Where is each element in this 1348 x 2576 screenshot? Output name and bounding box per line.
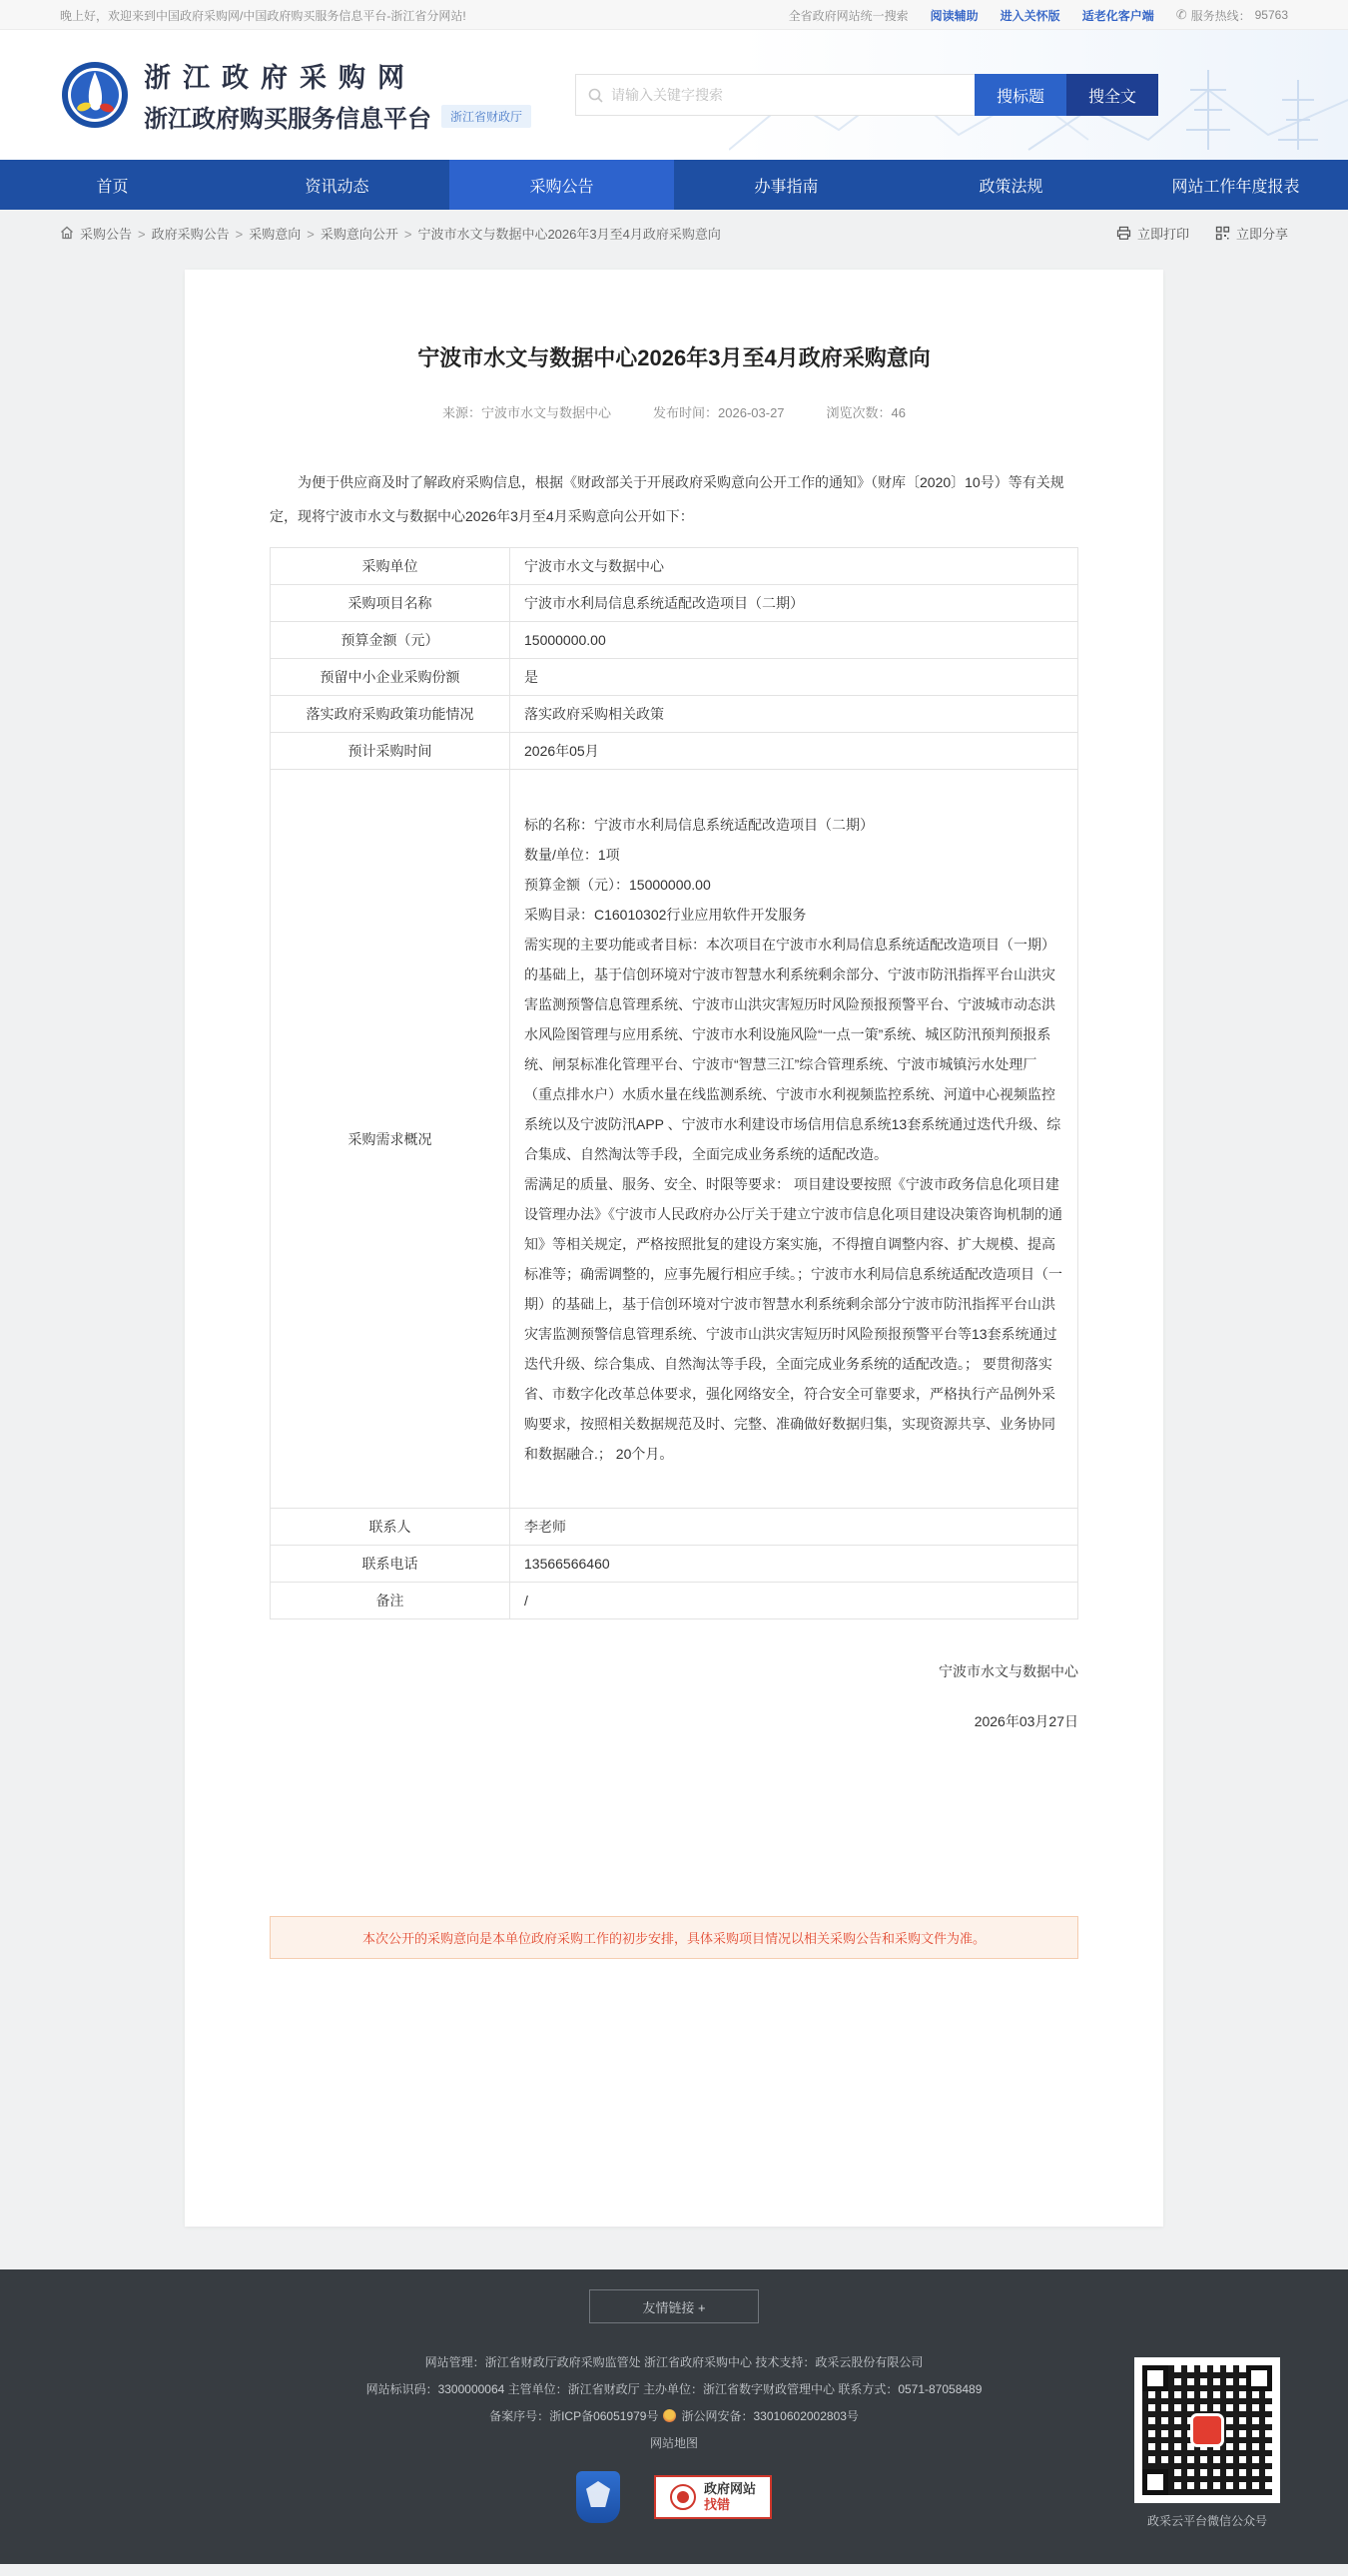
row-label: 预计采购时间	[271, 733, 510, 770]
row-label: 落实政府采购政策功能情况	[271, 696, 510, 733]
publish-label: 发布时间：	[653, 405, 718, 420]
table-row: 联系电话 13566566460	[271, 1546, 1078, 1583]
find-error-bottom-text: 找错	[704, 2497, 756, 2513]
site-header: 浙江政府采购网 浙江政府购买服务信息平台 浙江省财政厅 搜标题 搜全文	[0, 30, 1348, 160]
row-label: 联系人	[271, 1509, 510, 1546]
share-label: 立即分享	[1236, 224, 1288, 243]
breadcrumb-bar: 采购公告 政府采购公告 采购意向 采购意向公开 宁波市水文与数据中心2026年3…	[60, 210, 1288, 256]
meta-publish-time: 发布时间：2026-03-27	[653, 402, 785, 421]
table-row: 采购单位 宁波市水文与数据中心	[271, 548, 1078, 585]
demand-summary-text: 标的名称：宁波市水利局信息系统适配改造项目（二期） 数量/单位：1项 预算金额（…	[510, 770, 1078, 1509]
qr-share-icon	[1215, 226, 1230, 241]
row-label: 预算金额（元）	[271, 622, 510, 659]
main-navigation: 首页 资讯动态 采购公告 办事指南 政策法规 网站工作年度报表	[0, 160, 1348, 210]
wechat-qr-block: 政采云平台微信公众号	[1134, 2357, 1280, 2529]
nav-item-procurement-announcements[interactable]: 采购公告	[449, 160, 674, 210]
table-row: 联系人 李老师	[271, 1509, 1078, 1546]
site-logo	[60, 60, 130, 130]
breadcrumb-item[interactable]: 采购意向公开	[321, 224, 412, 243]
site-title: 浙江政府采购网	[144, 56, 531, 95]
print-label: 立即打印	[1137, 224, 1189, 243]
welcome-message: 晚上好，欢迎来到中国政府采购网/中国政府购买服务信息平台-浙江省分网站!	[60, 7, 466, 24]
meta-source: 来源：宁波市水文与数据中心	[442, 402, 611, 421]
source-label: 来源：	[442, 405, 481, 420]
page-title: 宁波市水文与数据中心2026年3月至4月政府采购意向	[270, 341, 1078, 372]
table-row: 落实政府采购政策功能情况 落实政府采购相关政策	[271, 696, 1078, 733]
finance-dept-badge: 浙江省财政厅	[441, 105, 531, 128]
breadcrumb-item[interactable]: 政府采购公告	[152, 224, 244, 243]
elder-client-link[interactable]: 适老化客户端	[1082, 7, 1154, 24]
main-content-area: 宁波市水文与数据中心2026年3月至4月政府采购意向 来源：宁波市水文与数据中心…	[0, 256, 1348, 2269]
wechat-qr-code	[1134, 2357, 1280, 2503]
article-card: 宁波市水文与数据中心2026年3月至4月政府采购意向 来源：宁波市水文与数据中心…	[185, 270, 1163, 2227]
table-row: 采购项目名称 宁波市水利局信息系统适配改造项目（二期）	[271, 585, 1078, 622]
source-value: 宁波市水文与数据中心	[481, 405, 611, 420]
nav-item-home[interactable]: 首页	[0, 160, 225, 210]
row-value: 13566566460	[510, 1546, 1078, 1583]
intro-paragraph: 为便于供应商及时了解政府采购信息，根据《财政部关于开展政府采购意向公开工作的通知…	[270, 465, 1078, 533]
table-row-demand-summary: 采购需求概况 标的名称：宁波市水利局信息系统适配改造项目（二期） 数量/单位：1…	[271, 770, 1078, 1509]
qr-caption: 政采云平台微信公众号	[1134, 2512, 1280, 2529]
gov-seal-icon	[670, 2484, 696, 2510]
row-value: 落实政府采购相关政策	[510, 696, 1078, 733]
row-value: 是	[510, 659, 1078, 696]
share-button[interactable]: 立即分享	[1215, 224, 1288, 243]
nav-item-news[interactable]: 资讯动态	[225, 160, 449, 210]
qr-center-logo	[1190, 2413, 1224, 2447]
hotline-number: 95763	[1255, 8, 1288, 22]
home-icon[interactable]	[60, 226, 74, 240]
row-value: 李老师	[510, 1509, 1078, 1546]
breadcrumb-item[interactable]: 采购公告	[80, 224, 146, 243]
site-footer: 友情链接 + 网站管理：浙江省财政厅政府采购监管处 浙江省政府采购中心 技术支持…	[0, 2269, 1348, 2564]
views-count: 46	[892, 405, 906, 420]
meta-views: 浏览次数：46	[827, 402, 906, 421]
hotline-label: 服务热线：	[1191, 7, 1251, 24]
signature-org: 宁波市水文与数据中心	[270, 1661, 1078, 1681]
icp-number: 备案序号：浙ICP备06051979号	[489, 2409, 658, 2423]
breadcrumb: 采购公告 政府采购公告 采购意向 采购意向公开 宁波市水文与数据中心2026年3…	[60, 224, 721, 243]
site-search: 搜标题 搜全文	[575, 74, 1158, 116]
row-value: 宁波市水利局信息系统适配改造项目（二期）	[510, 585, 1078, 622]
row-value: 宁波市水文与数据中心	[510, 548, 1078, 585]
article-meta: 来源：宁波市水文与数据中心 发布时间：2026-03-27 浏览次数：46	[270, 402, 1078, 421]
views-label: 浏览次数：	[827, 405, 892, 420]
table-row: 预留中小企业采购份额 是	[271, 659, 1078, 696]
breadcrumb-item[interactable]: 采购意向	[249, 224, 315, 243]
service-hotline: ✆ 服务热线： 95763	[1176, 7, 1288, 24]
disclaimer-notice: 本次公开的采购意向是本单位政府采购工作的初步安排，具体采购项目情况以相关采购公告…	[270, 1916, 1078, 1959]
search-fulltext-button[interactable]: 搜全文	[1066, 74, 1158, 116]
search-title-button[interactable]: 搜标题	[975, 74, 1066, 116]
table-row: 预算金额（元） 15000000.00	[271, 622, 1078, 659]
phone-icon: ✆	[1176, 7, 1187, 23]
publish-date: 2026-03-27	[718, 405, 785, 420]
friend-links-button[interactable]: 友情链接 +	[589, 2289, 759, 2323]
table-row: 预计采购时间 2026年05月	[271, 733, 1078, 770]
search-input[interactable]	[611, 87, 963, 103]
print-button[interactable]: 立即打印	[1116, 224, 1189, 243]
row-value: /	[510, 1583, 1078, 1619]
row-label: 预留中小企业采购份额	[271, 659, 510, 696]
reading-aid-link[interactable]: 阅读辅助	[931, 7, 979, 24]
search-icon	[588, 88, 603, 103]
nav-item-service-guide[interactable]: 办事指南	[674, 160, 899, 210]
gov-site-find-error-badge[interactable]: 政府网站 找错	[654, 2475, 772, 2519]
find-error-top-text: 政府网站	[704, 2481, 756, 2497]
row-label: 采购项目名称	[271, 585, 510, 622]
table-row: 备注 /	[271, 1583, 1078, 1619]
public-security-record-link[interactable]: 浙公网安备：33010602002803号	[681, 2409, 858, 2423]
top-utility-bar: 晚上好，欢迎来到中国政府采购网/中国政府购买服务信息平台-浙江省分网站! 全省政…	[0, 0, 1348, 30]
breadcrumb-item-current: 宁波市水文与数据中心2026年3月至4月政府采购意向	[417, 224, 720, 243]
row-value: 2026年05月	[510, 733, 1078, 770]
row-label: 联系电话	[271, 1546, 510, 1583]
printer-icon	[1116, 226, 1131, 241]
sitemap-link[interactable]: 网站地图	[650, 2436, 698, 2450]
row-label: 采购单位	[271, 548, 510, 585]
gov-site-identification-badge[interactable]	[576, 2471, 620, 2523]
row-label: 采购需求概况	[271, 770, 510, 1509]
procurement-intent-table: 采购单位 宁波市水文与数据中心 采购项目名称 宁波市水利局信息系统适配改造项目（…	[270, 547, 1078, 1619]
care-version-link[interactable]: 进入关怀版	[1001, 7, 1060, 24]
unified-search-link[interactable]: 全省政府网站统一搜索	[789, 7, 909, 24]
signature-block: 宁波市水文与数据中心 2026年03月27日	[270, 1661, 1078, 1731]
nav-item-policies[interactable]: 政策法规	[899, 160, 1123, 210]
nav-item-annual-report[interactable]: 网站工作年度报表	[1123, 160, 1348, 210]
row-label: 备注	[271, 1583, 510, 1619]
police-badge-icon	[663, 2409, 676, 2422]
site-subtitle: 浙江政府购买服务信息平台	[144, 99, 431, 134]
signature-date: 2026年03月27日	[270, 1711, 1078, 1731]
row-value: 15000000.00	[510, 622, 1078, 659]
